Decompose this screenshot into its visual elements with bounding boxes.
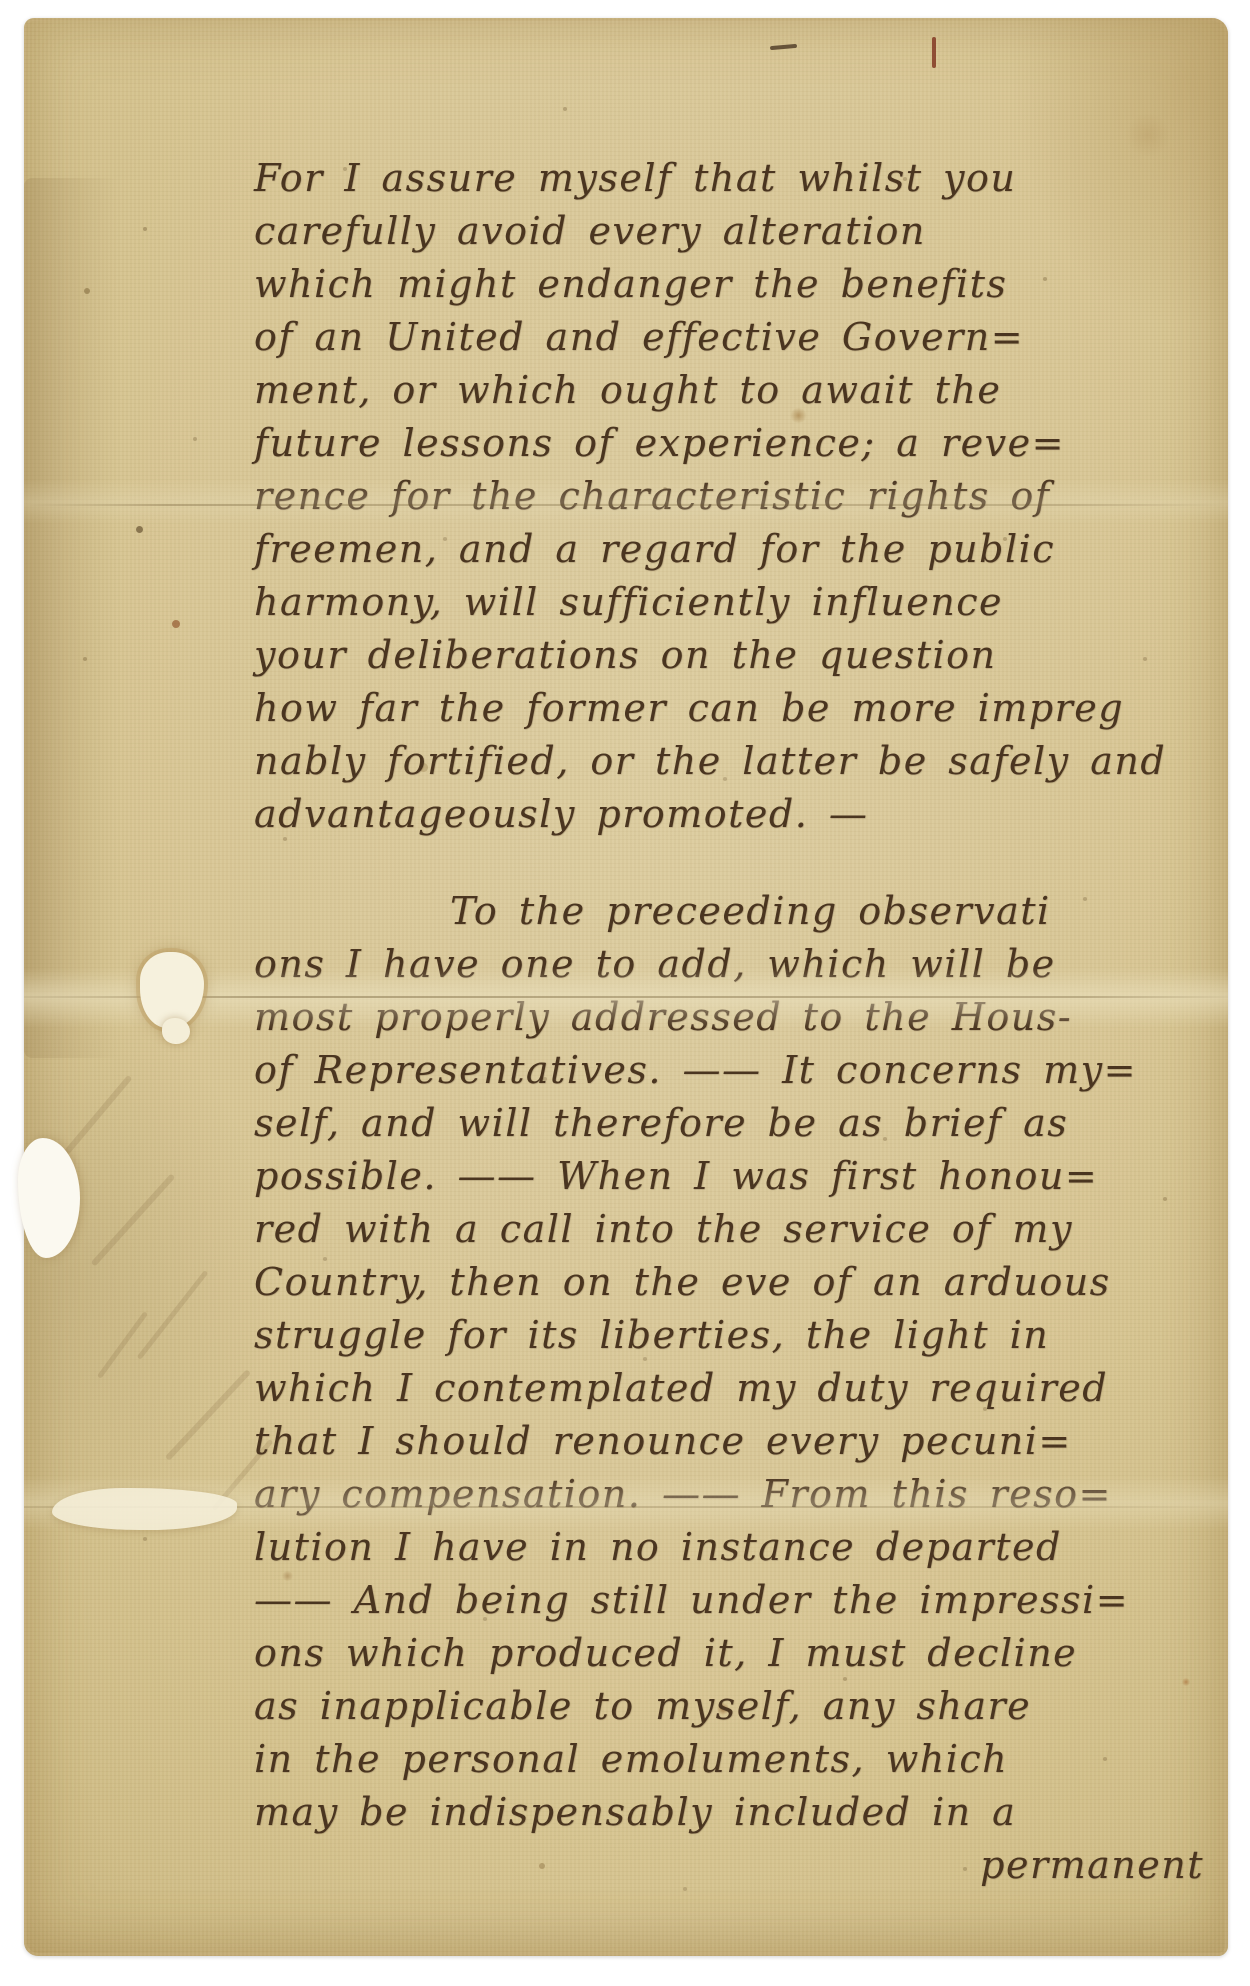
fold-fade-band-1 [24, 480, 1228, 524]
manuscript-line: harmony, will sufficiently influence [254, 576, 1220, 629]
water-stain-left [24, 178, 119, 1058]
fold-crease-line-1 [24, 504, 1228, 506]
manuscript-line: red with a call into the service of my [254, 1203, 1220, 1256]
manuscript-line: advantageously promoted. — [254, 788, 1220, 841]
paper-tear-crease [52, 1488, 237, 1530]
manuscript-line: ment, or which ought to await the [254, 364, 1220, 417]
paper-speckles [24, 18, 26, 20]
catchword-row: permanent [254, 1839, 1220, 1892]
manuscript-line: —— And being still under the impressi= [254, 1574, 1220, 1627]
manuscript-line: For I assure myself that whilst you [254, 152, 1220, 205]
red-tick-mark [932, 37, 936, 68]
manuscript-line: ons which produced it, I must decline [254, 1627, 1220, 1680]
paragraph-2: To the preceeding observations I have on… [254, 885, 1220, 1839]
catchword: permanent [980, 1843, 1204, 1887]
manuscript-line: struggle for its liberties, the light in [254, 1309, 1220, 1362]
manuscript-line: which I contemplated my duty required [254, 1362, 1220, 1415]
manuscript-line: possible. —— When I was first honou= [254, 1150, 1220, 1203]
stain-lower-left [24, 1018, 274, 1528]
manuscript-line: To the preceeding observati [254, 885, 1220, 938]
manuscript-line: carefully avoid every alteration [254, 205, 1220, 258]
ink-speck [84, 288, 90, 294]
stain-smudge [1124, 114, 1172, 156]
manuscript-line: that I should renounce every pecuni= [254, 1415, 1220, 1468]
manuscript-line: how far the former can be more impreg [254, 682, 1220, 735]
manuscript-line: Country, then on the eve of an arduous [254, 1256, 1220, 1309]
rust-speck [172, 620, 180, 628]
manuscript-line: as inapplicable to myself, any share [254, 1680, 1220, 1733]
manuscript-line: of Representatives. —— It concerns my= [254, 1044, 1220, 1097]
fold-crease-line-2 [24, 996, 1228, 998]
ink-speck [136, 526, 143, 533]
manuscript-line: of an United and effective Govern= [254, 311, 1220, 364]
manuscript-line: nably fortified, or the latter be safely… [254, 735, 1220, 788]
manuscript-line: in the personal emoluments, which [254, 1733, 1220, 1786]
manuscript-line: your deliberations on the question [254, 629, 1220, 682]
paper-hole-fragment [162, 1018, 190, 1044]
manuscript-page: For I assure myself that whilst youcaref… [24, 18, 1228, 1956]
manuscript-line: future lessons of experience; a reve= [254, 417, 1220, 470]
manuscript-line: may be indispensably included in a [254, 1786, 1220, 1839]
manuscript-line: freemen, and a regard for the public [254, 523, 1220, 576]
manuscript-line: self, and will therefore be as brief as [254, 1097, 1220, 1150]
manuscript-line: which might endanger the benefits [254, 258, 1220, 311]
fold-fade-band-2 [24, 968, 1228, 1028]
